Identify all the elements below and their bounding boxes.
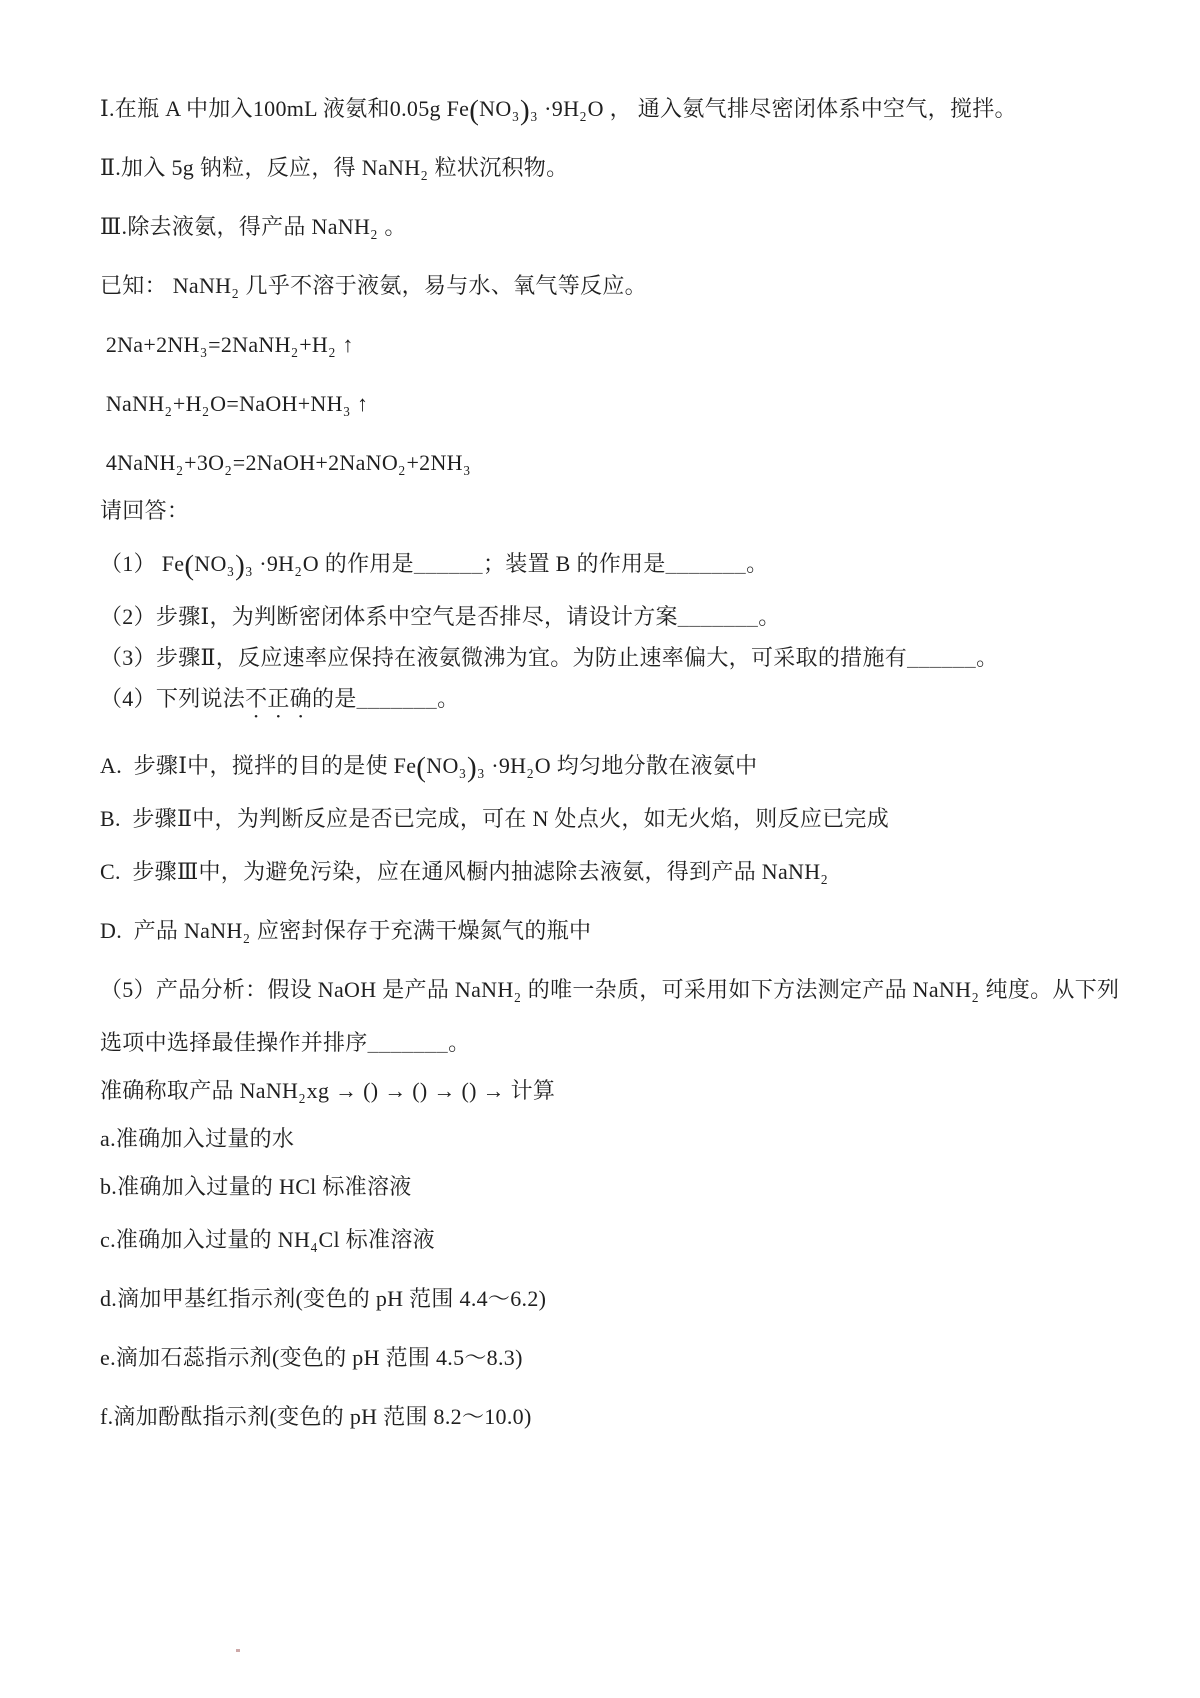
option-C-text: C. 步骤Ⅲ中，为避免污染，应在通风橱内抽滤除去液氨，得到产品 NaNH2 — [100, 855, 1142, 888]
question-2-text: （2）步骤Ⅰ，为判断密闭体系中空气是否排尽，请设计方案_______。 — [100, 600, 1142, 633]
question-1-text: （1） Fe(NO3)3 ·9H2O 的作用是______；装置 B 的作用是_… — [100, 547, 1142, 580]
known-info-text: 已知： NaNH2 几乎不溶于液氨，易与水、氧气等反应。 — [100, 269, 1142, 302]
option-A-text: A. 步骤Ⅰ中，搅拌的目的是使 Fe(NO3)3 ·9H2O 均匀地分散在液氨中 — [100, 749, 1142, 782]
option-B-text: B. 步骤Ⅱ中，为判断反应是否已完成，可在 N 处点火，如无火焰，则反应已完成 — [100, 802, 1142, 835]
procedure-sequence: 准确称取产品 NaNH2xg → () → () → () → 计算 — [100, 1074, 1142, 1107]
chemical-equation-3: 4NaNH2+3O2=2NaOH+2NaNO2+2NH3 — [100, 446, 1142, 479]
question-5-text-1: （5）产品分析：假设 NaOH 是产品 NaNH2 的唯一杂质，可采用如下方法测… — [100, 973, 1142, 1006]
step-1-text: Ⅰ.在瓶 A 中加入100mL 液氨和0.05g Fe(NO3)3 ·9H2O … — [100, 92, 1142, 125]
document-page: Ⅰ.在瓶 A 中加入100mL 液氨和0.05g Fe(NO3)3 ·9H2O … — [0, 0, 1200, 1698]
answer-prompt: 请回答： — [100, 494, 1142, 527]
step-2-text: Ⅱ.加入 5g 钠粒，反应，得 NaNH2 粒状沉积物。 — [100, 151, 1142, 184]
choice-b-text: b.准确加入过量的 HCl 标准溶液 — [100, 1170, 1142, 1203]
chemical-equation-1: 2Na+2NH3=2NaNH2+H2 ↑ — [100, 328, 1142, 361]
choice-d-text: d.滴加甲基红指示剂(变色的 pH 范围 4.4～6.2) — [100, 1282, 1142, 1315]
question-4-text: （4）下列说法不正确的是_______。 — [100, 682, 1142, 723]
choice-f-text: f.滴加酚酞指示剂(变色的 pH 范围 8.2～10.0) — [100, 1400, 1142, 1433]
option-D-text: D. 产品 NaNH2 应密封保存于充满干燥氮气的瓶中 — [100, 914, 1142, 947]
stray-mark — [236, 1649, 240, 1652]
choice-a-text: a.准确加入过量的水 — [100, 1122, 1142, 1155]
chemical-equation-2: NaNH2+H2O=NaOH+NH3 ↑ — [100, 387, 1142, 420]
question-5-text-2: 选项中选择最佳操作并排序_______。 — [100, 1026, 1142, 1059]
choice-e-text: e.滴加石蕊指示剂(变色的 pH 范围 4.5～8.3) — [100, 1341, 1142, 1374]
step-3-text: Ⅲ.除去液氨，得产品 NaNH2 。 — [100, 210, 1142, 243]
choice-c-text: c.准确加入过量的 NH4Cl 标准溶液 — [100, 1223, 1142, 1256]
question-3-text: （3）步骤Ⅱ，反应速率应保持在液氨微沸为宜。为防止速率偏大，可采取的措施有___… — [100, 641, 1142, 674]
